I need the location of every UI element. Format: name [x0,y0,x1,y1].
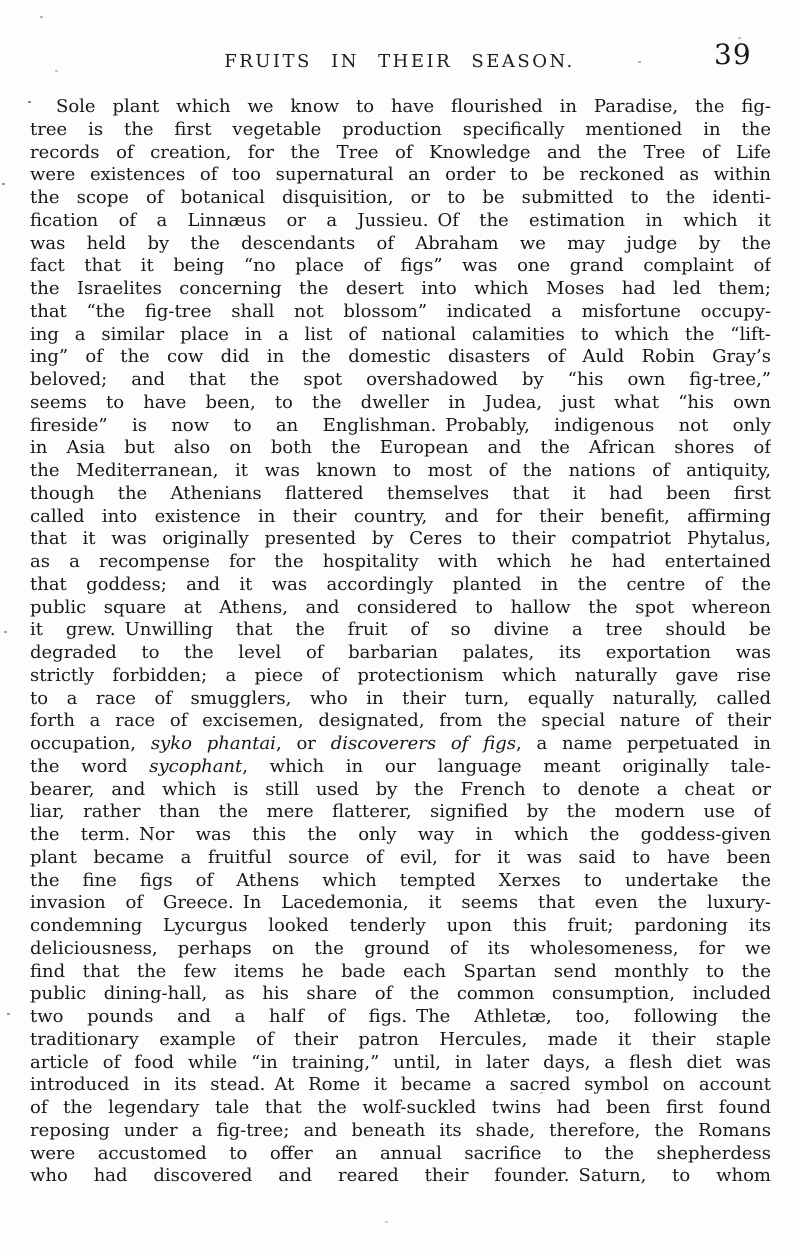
text-line: in Asia but also on both the European an… [30,437,771,460]
text-line: fact that it being “no place of figs” wa… [30,255,771,278]
text-line: introduced in its stead. At Rome it beca… [30,1074,771,1097]
text-line: seems to have been, to the dweller in Ju… [30,392,771,415]
text-line: degraded to the level of barbarian palat… [30,642,771,665]
text-line: Sole plant which we know to have flouris… [30,96,771,119]
text-line: records of creation, for the Tree of Kno… [30,142,771,165]
text-line: were accustomed to offer an annual sacri… [30,1143,771,1166]
text-line: that goddess; and it was accordingly pla… [30,574,771,597]
text-line: the Mediterranean, it was known to most … [30,460,771,483]
text-line: was held by the descendants of Abraham w… [30,233,771,256]
text-line: reposing under a fig-tree; and beneath i… [30,1120,771,1143]
text-line: bearer, and which is still used by the F… [30,779,771,802]
text-line: invasion of Greece. In Lacedemonia, it s… [30,892,771,915]
running-title: FRUITS IN THEIR SEASON. [0,51,799,72]
text-line: fireside” is now to an Englishman. Proba… [30,415,771,438]
text-line: find that the few items he bade each Spa… [30,961,771,984]
text-line: tree is the first vegetable production s… [30,119,771,142]
text-line: ing a similar place in a list of nationa… [30,324,771,347]
text-line: two pounds and a half of figs. The Athle… [30,1006,771,1029]
text-line: fication of a Linnæus or a Jussieu. Of t… [30,210,771,233]
text-line: liar, rather than the mere flatterer, si… [30,801,771,824]
text-line: condemning Lycurgus looked tenderly upon… [30,915,771,938]
text-line: strictly forbidden; a piece of protectio… [30,665,771,688]
text-line: traditionary example of their patron Her… [30,1029,771,1052]
text-line: as a recompense for the hospitality with… [30,551,771,574]
text-line: the Israelites concerning the desert int… [30,278,771,301]
text-line: article of food while “in training,” unt… [30,1052,771,1075]
book-page: FRUITS IN THEIR SEASON. 39 Sole plant wh… [0,0,799,1256]
text-line: who had discovered and reared their foun… [30,1165,771,1188]
text-line: public dining-hall, as his share of the … [30,983,771,1006]
text-line: the scope of botanical disquisition, or … [30,187,771,210]
text-line: occupation, syko phantai, or discoverers… [30,733,771,756]
text-line: it grew. Unwilling that the fruit of so … [30,619,771,642]
text-line: of the legendary tale that the wolf-suck… [30,1097,771,1120]
text-line: plant became a fruitful source of evil, … [30,847,771,870]
text-line: the word sycophant, which in our languag… [30,756,771,779]
text-line: ing” of the cow did in the domestic disa… [30,346,771,369]
text-line: that it was originally presented by Cere… [30,528,771,551]
text-line: the fine figs of Athens which tempted Xe… [30,870,771,893]
text-line: to a race of smugglers, who in their tur… [30,688,771,711]
text-line: forth a race of excisemen, designated, f… [30,710,771,733]
scan-noise-specks [0,0,3,2]
text-line: called into existence in their country, … [30,506,771,529]
text-line: though the Athenians flattered themselve… [30,483,771,506]
page-number: 39 [714,38,784,71]
text-line: the term. Nor was this the only way in w… [30,824,771,847]
text-line: beloved; and that the spot overshadowed … [30,369,771,392]
body-text: Sole plant which we know to have flouris… [30,96,771,1188]
text-line: were existences of too supernatural an o… [30,164,771,187]
text-line: deliciousness, perhaps on the ground of … [30,938,771,961]
text-line: public square at Athens, and considered … [30,597,771,620]
text-line: that “the fig-tree shall not blossom” in… [30,301,771,324]
